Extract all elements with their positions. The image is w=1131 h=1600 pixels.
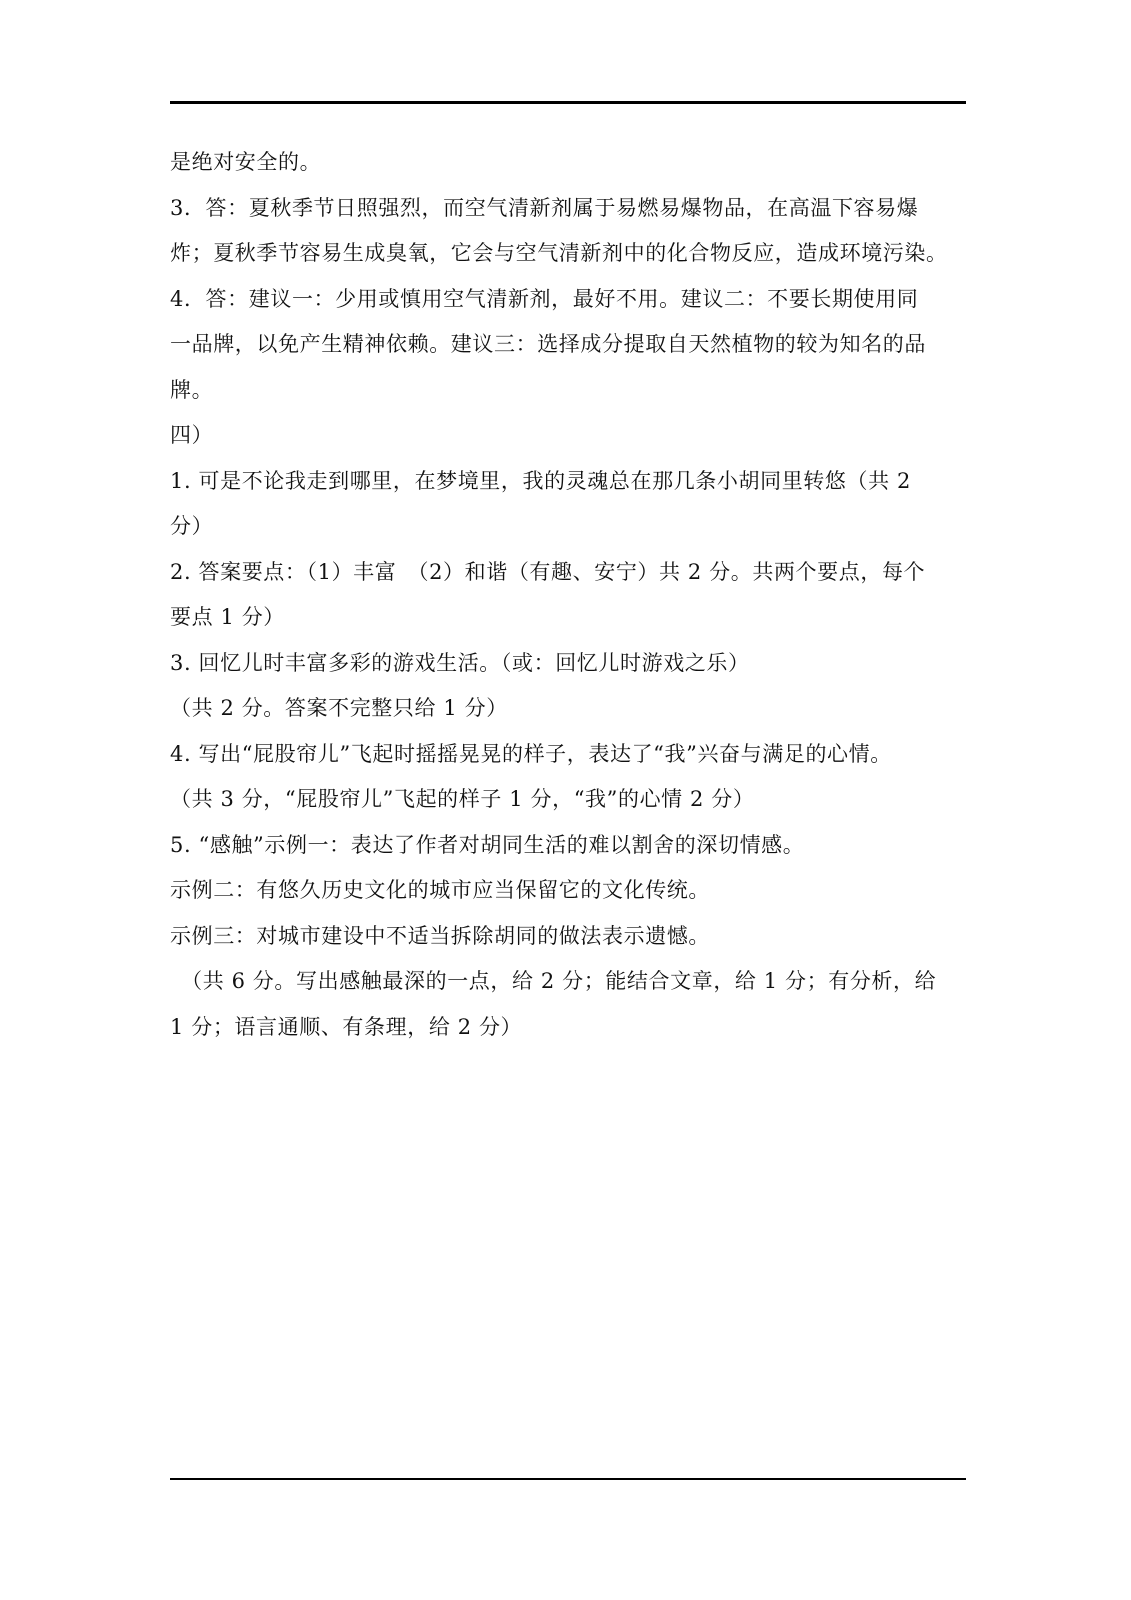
- answer-4-line-2: 一品牌，以免产生精神依赖。建议三：选择成分提取自天然植物的较为知名的品: [170, 322, 970, 368]
- answer-3-line-2: 炸；夏秋季节容易生成臭氧，它会与空气清新剂中的化合物反应，造成环境污染。: [170, 231, 970, 277]
- answer-3-line-1: 3．答：夏秋季节日照强烈，而空气清新剂属于易燃易爆物品，在高温下容易爆: [170, 186, 970, 232]
- section4-answer-3-line-2: （共 2 分。答案不完整只给 1 分）: [170, 686, 970, 732]
- section4-answer-2-line-2: 要点 1 分）: [170, 595, 970, 641]
- footer-rule: [170, 1478, 966, 1480]
- answer-4-line-3: 牌。: [170, 368, 970, 414]
- section-heading-4: 四）: [170, 413, 970, 459]
- section4-answer-5-example-3: 示例三：对城市建设中不适当拆除胡同的做法表示遗憾。: [170, 914, 970, 960]
- text-line: 是绝对安全的。: [170, 140, 970, 186]
- section4-answer-5-scoring-1: （共 6 分。写出感触最深的一点，给 2 分；能结合文章，给 1 分；有分析，给: [170, 959, 970, 1005]
- section4-answer-3-line-1: 3. 回忆儿时丰富多彩的游戏生活。（或：回忆儿时游戏之乐）: [170, 641, 970, 687]
- section4-answer-4-line-1: 4. 写出“屁股帘儿”飞起时摇摇晃晃的样子，表达了“我”兴奋与满足的心情。: [170, 732, 970, 778]
- section4-answer-4-line-2: （共 3 分，“屁股帘儿”飞起的样子 1 分，“我”的心情 2 分）: [170, 777, 970, 823]
- answer-4-line-1: 4．答：建议一：少用或慎用空气清新剂，最好不用。建议二：不要长期使用同: [170, 277, 970, 323]
- section4-answer-5-line-1: 5. “感触”示例一：表达了作者对胡同生活的难以割舍的深切情感。: [170, 823, 970, 869]
- section4-answer-2-line-1: 2. 答案要点：（1）丰富 （2）和谐（有趣、安宁）共 2 分。共两个要点，每个: [170, 550, 970, 596]
- section4-answer-1-line-2: 分）: [170, 504, 970, 550]
- section4-answer-1-line-1: 1. 可是不论我走到哪里，在梦境里，我的灵魂总在那几条小胡同里转悠（共 2: [170, 459, 970, 505]
- header-rule: [170, 101, 966, 104]
- answer-key-body: 是绝对安全的。 3．答：夏秋季节日照强烈，而空气清新剂属于易燃易爆物品，在高温下…: [170, 140, 970, 1050]
- section4-answer-5-example-2: 示例二：有悠久历史文化的城市应当保留它的文化传统。: [170, 868, 970, 914]
- section4-answer-5-scoring-2: 1 分；语言通顺、有条理，给 2 分）: [170, 1005, 970, 1051]
